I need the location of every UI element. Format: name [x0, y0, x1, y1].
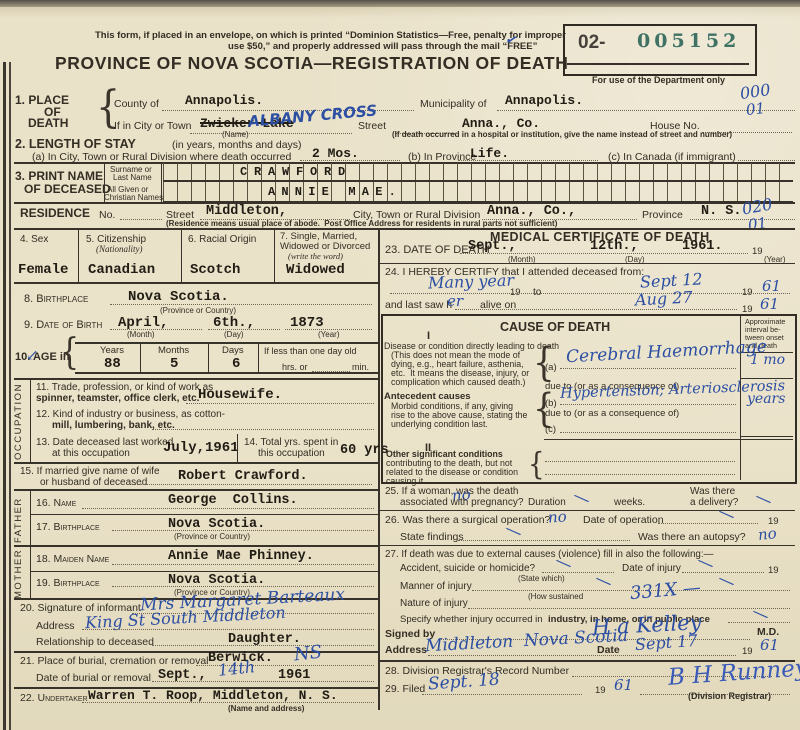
burial-date-label: Date of burial or removal — [36, 673, 151, 684]
nature-of-injury-label: Nature of injury — [400, 599, 468, 609]
undertaker-label: 22. Undertaker — [20, 693, 88, 704]
page-top-edge — [0, 0, 800, 7]
morbid-label-3: underlying condition last. — [391, 420, 488, 429]
hospital-note: (If death occurred in a hospital or inst… — [392, 131, 732, 139]
rule — [14, 202, 795, 204]
leading-cause-label-5: complication which caused death.) — [391, 378, 525, 387]
ink-filed-date: Sept. 18 — [427, 672, 500, 694]
pregnancy-label-2: associated with pregnancy? — [400, 498, 523, 508]
father-birthplace-label: 17. Birthplace — [36, 522, 100, 533]
age-years-value: 88 — [104, 357, 121, 371]
rule — [140, 342, 141, 372]
undertaker-note: (Name and address) — [228, 705, 304, 713]
citizenship-sub: (Nationality) — [96, 245, 143, 254]
cause-a-label: (a) — [545, 363, 557, 373]
given-name-label-2: Christian Names — [104, 194, 163, 202]
last-worked-label-1: 13. Date deceased last worked — [36, 438, 173, 448]
rule — [14, 282, 378, 284]
dotted-line — [458, 160, 598, 161]
ink-attended-to-year: 61 — [762, 279, 781, 294]
spouse-label-1: 15. If married give name of wife — [20, 467, 160, 477]
rule — [237, 434, 238, 462]
dotted-line — [560, 432, 736, 433]
given-name-letter-grid — [163, 181, 793, 202]
birth-year-value: 1873 — [290, 316, 324, 330]
filed-label: 29. Filed — [385, 684, 425, 695]
rule — [258, 342, 259, 372]
relationship-label: Relationship to deceased — [36, 637, 154, 648]
dotted-line — [455, 309, 737, 310]
cause-c-label: (c) — [545, 425, 556, 435]
mail-notice-line2: use $50,” and properly addressed will pa… — [228, 42, 537, 52]
ink-cause-a-interval: 1 mo — [750, 353, 785, 367]
residence-no-label: No. — [99, 210, 115, 221]
manner-of-injury-label: Manner of injury — [400, 582, 472, 592]
dotted-line — [186, 403, 374, 404]
print-name-label-1: 3. PRINT NAME — [15, 170, 103, 182]
signed-date-pre: 19 — [742, 647, 753, 657]
dotted-line — [132, 484, 372, 485]
rule — [567, 63, 749, 65]
dotted-line — [152, 645, 374, 646]
operation-label: 26. Was there a surgical operation? — [385, 515, 550, 526]
rule — [14, 378, 378, 380]
age-months-label: Months — [158, 346, 189, 356]
ink-signed-year: 61 — [760, 638, 779, 653]
dotted-line — [112, 564, 374, 565]
dotted-line — [468, 608, 790, 609]
dotted-line — [120, 219, 162, 220]
division-registrar-note: (Division Registrar) — [688, 692, 771, 701]
rule — [30, 514, 378, 515]
death-year-pre: 19 — [752, 247, 763, 257]
stay-a-value: 2 Mos. — [312, 147, 359, 160]
brace: { — [528, 449, 545, 480]
specify-label-1: Specify whether injury occurred in — [400, 615, 543, 625]
dotted-line — [428, 655, 736, 656]
informant-address-label: Address — [36, 621, 75, 632]
date-of-birth-label: 9. Date of Birth — [24, 320, 102, 331]
municipality-value: Annapolis. — [505, 94, 583, 107]
age-less-than-day-label: If less than one day old — [264, 347, 357, 356]
dotted-line — [152, 681, 374, 682]
trade-label-2: spinner, teamster, office clerk, etc. — [36, 394, 199, 404]
dotted-line — [190, 133, 352, 134]
ink-filed-year: 61 — [614, 678, 633, 693]
mother-tab: MOTHER — [13, 549, 24, 599]
surname-value: CRAWFORD — [240, 166, 352, 178]
ink-cause-b-interval: years — [747, 392, 785, 406]
racial-origin-value: Scotch — [190, 263, 240, 277]
state-which-note: (State which) — [518, 575, 565, 583]
residence-city-value: Anna., Co., — [487, 205, 576, 219]
street-label: Street — [358, 121, 386, 132]
dotted-line — [82, 629, 374, 630]
ink-last-saw-year: 61 — [760, 297, 779, 312]
rule — [379, 545, 795, 546]
dotted-line — [690, 219, 795, 220]
age-days-label: Days — [222, 346, 244, 356]
municipality-label: Municipality of — [420, 99, 487, 110]
operation-date-label: Date of operation — [583, 515, 664, 526]
certify-label: 24. I HEREBY CERTIFY that I attended dec… — [385, 267, 644, 278]
ink-check-mark: ✔ — [504, 33, 517, 47]
birthplace-label: 8. Birthplace — [24, 294, 88, 305]
serial-number: 005152 — [637, 32, 740, 51]
stay-c-label: (c) In Canada (if immigrant) — [608, 152, 736, 163]
name-note: (Name) — [222, 131, 249, 139]
ink-duration-dash: — — [570, 487, 592, 509]
birth-day-value: 6th., — [213, 316, 255, 330]
ink-last-saw-her: er — [447, 294, 463, 309]
dotted-line — [208, 329, 280, 330]
place-of-death-label-3: DEATH — [28, 117, 68, 129]
brace: { — [60, 335, 79, 371]
accident-label: Accident, suicide or homicide? — [400, 564, 535, 574]
dotted-line — [560, 404, 736, 405]
residence-province-value: N. S. — [701, 205, 742, 219]
ink-autopsy-answer: no — [757, 526, 777, 543]
industry-label-1: 12. Kind of industry or business, as cot… — [36, 410, 225, 420]
age-months-value: 5 — [170, 357, 178, 371]
how-sustained-note: (How sustained — [528, 593, 583, 601]
rule — [274, 230, 275, 282]
residence-note: (Residence means usual place of abode. P… — [166, 220, 557, 228]
age-hrs-label: hrs. or — [282, 363, 308, 372]
marital-value: Widowed — [286, 263, 345, 277]
age-days-value: 6 — [232, 357, 240, 371]
dotted-line — [110, 304, 372, 305]
ink-operation-answer: no — [547, 509, 567, 525]
rule — [181, 230, 182, 282]
department-note: For use of the Department only — [592, 76, 725, 85]
rule — [75, 372, 378, 374]
cause-of-death-title: CAUSE OF DEATH — [500, 321, 610, 334]
rule — [741, 436, 793, 437]
birthplace-value: Nova Scotia. — [128, 290, 229, 304]
mother-birthplace-label: 19. Birthplace — [36, 578, 100, 589]
injury-date-pre: 19 — [768, 566, 779, 576]
death-day-value: 12th., — [590, 240, 639, 254]
rule — [379, 263, 795, 264]
dotted-line — [422, 694, 582, 695]
findings-label: State findings — [400, 532, 464, 543]
age-min-label: min. — [352, 363, 369, 372]
given-name-value: ANNIE MAE. — [268, 186, 402, 198]
mother-maiden-name-label: 18. Maiden Name — [36, 554, 109, 565]
town-label: If in City or Town — [114, 121, 191, 132]
dotted-line — [545, 474, 735, 475]
stay-a-label: (a) In City, Town or Rural Division wher… — [32, 152, 291, 163]
rule — [30, 489, 31, 546]
dotted-line — [497, 110, 795, 111]
rule — [208, 342, 209, 372]
injury-date-label: Date of injury — [622, 564, 681, 574]
ink-delivery-dash: — — [752, 488, 774, 510]
trade-label-1: 11. Trade, profession, or kind of work a… — [36, 383, 213, 393]
signed-date-label: Date — [597, 645, 620, 656]
dotted-line — [545, 461, 735, 462]
rule — [544, 439, 793, 440]
mother-maiden-name-value: Annie Mae Phinney. — [168, 550, 314, 564]
trade-value: Housewife. — [198, 388, 282, 402]
sex-label: 4. Sex — [20, 235, 48, 245]
citizenship-value: Canadian — [88, 263, 155, 277]
rule — [14, 489, 378, 491]
age-years-label: Years — [100, 346, 124, 356]
serial-prefix: 02- — [578, 33, 605, 52]
binding-line — [3, 62, 6, 730]
racial-origin-label: 6. Racial Origin — [188, 235, 256, 245]
dotted-line — [152, 429, 374, 430]
filed-year-pre: 19 — [595, 686, 606, 696]
external-causes-label: 27. If death was due to external causes … — [385, 550, 713, 560]
rule — [30, 378, 31, 462]
other-conditions-label-4: causing it. — [386, 477, 426, 486]
ink-attended-from: Many year — [428, 273, 515, 292]
last-worked-value: July,1961 — [163, 441, 239, 455]
ink-last-saw-date: Aug 27 — [635, 290, 693, 309]
ink-nature-of-injury: 331X — — [629, 579, 701, 603]
dotted-line — [312, 371, 350, 372]
birth-day-note: (Day) — [224, 331, 244, 339]
county-value: Annapolis. — [185, 94, 263, 107]
ink-code-bottom: 01 — [747, 216, 768, 234]
occupation-tab: OCCUPATION — [13, 382, 24, 460]
county-label: County of — [114, 99, 159, 110]
sex-value: Female — [18, 263, 68, 277]
due-to-label-2: due to (or as a consequence of) — [545, 409, 679, 419]
print-name-label-2: OF DECEASED — [24, 183, 111, 195]
stay-b-value: Life. — [470, 147, 509, 160]
death-month-value: Sept., — [468, 240, 517, 254]
ink-burial-date-day: 14th — [217, 659, 256, 679]
last-saw-label-1: and last saw h — [385, 300, 452, 311]
residence-label: RESIDENCE — [20, 207, 90, 219]
birth-month-value: April, — [118, 316, 168, 330]
duration-label: Duration — [528, 498, 566, 508]
spouse-label-2: or husband of deceased — [40, 478, 147, 488]
rule — [14, 545, 378, 547]
length-of-stay-label: 2. LENGTH OF STAY — [15, 138, 136, 151]
rule — [78, 230, 79, 282]
birth-year-note: (Year) — [318, 331, 340, 339]
dotted-line — [738, 160, 795, 161]
dotted-line — [300, 160, 400, 161]
dotted-line — [560, 368, 736, 369]
undertaker-value: Warren T. Roop, Middleton, N. S. — [88, 689, 338, 702]
ink-registrar-signature: B H Runney — [667, 657, 800, 690]
weeks-label: weeks. — [614, 498, 645, 508]
death-year-value: 1961. — [682, 240, 723, 254]
father-tab: FATHER — [13, 493, 24, 543]
delivery-label-1: Was there — [690, 487, 735, 497]
total-years-label-2: this occupation — [258, 449, 325, 459]
form-title: PROVINCE OF NOVA SCOTIA—REGISTRATION OF … — [55, 55, 568, 73]
burial-place-label: 21. Place of burial, cremation or remova… — [20, 656, 209, 667]
father-name-value: George Collins. — [168, 494, 298, 508]
birthplace-note: (Province or Country) — [160, 307, 236, 315]
physician-address-label: Address — [385, 645, 427, 656]
father-birthplace-note: (Province or Country) — [174, 533, 250, 541]
dotted-line — [658, 523, 758, 524]
dotted-line — [110, 329, 202, 330]
spouse-value: Robert Crawford. — [178, 470, 308, 484]
last-worked-label-2: at this occupation — [52, 449, 130, 459]
rule — [378, 228, 380, 710]
dotted-line — [82, 508, 374, 509]
rule — [14, 462, 378, 464]
father-name-label: 16. Name — [36, 498, 76, 509]
dotted-line — [458, 540, 630, 541]
autopsy-label: Was there an autopsy? — [638, 532, 746, 543]
dotted-line — [82, 702, 374, 703]
death-registration-form: This form, if placed in an envelope, on … — [0, 0, 800, 730]
surname-label-2: Last Name — [113, 174, 152, 182]
marital-sub: (write the word) — [288, 252, 343, 261]
street-value: Anna., Co. — [462, 117, 540, 130]
ink-arrow-mark: ↙ — [26, 348, 39, 363]
total-years-label-1: 14. Total yrs. spent in — [244, 438, 338, 448]
mail-notice-line1: This form, if placed in an envelope, on … — [95, 31, 566, 41]
birth-month-note: (Month) — [127, 331, 155, 339]
ink-burial-province: NS — [293, 644, 323, 665]
rule — [75, 342, 378, 344]
dotted-line — [728, 622, 790, 623]
dotted-line — [112, 530, 374, 531]
rule — [14, 651, 378, 653]
residence-street-value: Middleton, — [206, 205, 287, 219]
residence-province-label: Province — [642, 210, 683, 221]
binding-line — [9, 62, 11, 730]
place-of-death-label-1: 1. PLACE — [15, 94, 69, 106]
rule — [30, 571, 378, 572]
dotted-line — [460, 253, 748, 254]
length-of-stay-sub: (in years, months and days) — [172, 140, 302, 151]
ink-signed-date: Sept 17 — [635, 633, 699, 653]
